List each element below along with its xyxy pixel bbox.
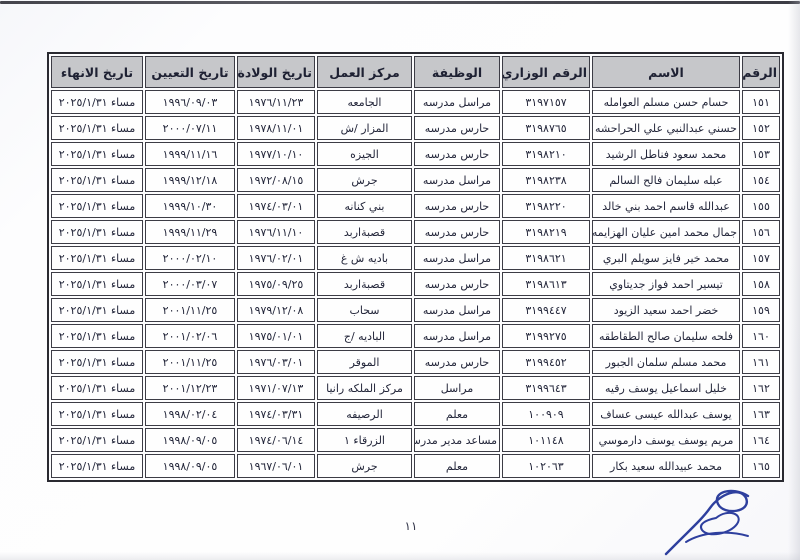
cell-num: ١٦٣ <box>742 402 780 426</box>
cell-job: حارس مدرسه <box>414 142 500 166</box>
cell-birth_date: ١٩٧٦/١١/٢٣ <box>237 90 315 114</box>
cell-job: حارس مدرسه <box>414 116 500 140</box>
cell-birth_date: ١٩٧٦/٠٣/٠١ <box>237 350 315 374</box>
page-number: ١١ <box>399 519 423 533</box>
cell-birth_date: ١٩٧٨/١١/٠١ <box>237 116 315 140</box>
table-row: ١٥٢حسني عبدالنبي علي الحراحشه٣١٩٨٧٦٥حارس… <box>51 116 780 140</box>
table-row: ١٦٢خليل اسماعيل يوسف رقيه٣١٩٩٦٤٣مراسلمرك… <box>51 376 780 400</box>
cell-name: جمال محمد امين عليان الهزايمه <box>592 220 740 244</box>
cell-name: خليل اسماعيل يوسف رقيه <box>592 376 740 400</box>
cell-end_date: مساء ٢٠٢٥/١/٣١ <box>51 220 143 244</box>
cell-job: معلم <box>414 454 500 478</box>
table-row: ١٥٨تيسير احمد فواز جديتاوي٣١٩٨٦١٣حارس مد… <box>51 272 780 296</box>
table-row: ١٦٤مريم يوسف يوسف دارموسي١٠١١٤٨مساعد مدي… <box>51 428 780 452</box>
cell-name: خضر احمد سعيد الزيود <box>592 298 740 322</box>
table-row: ١٥٤عبله سليمان فالح السالم٣١٩٨٢٣٨مراسل م… <box>51 168 780 192</box>
cell-hire_date: ٢٠٠١/٠٢/٠٦ <box>145 324 235 348</box>
cell-ministry_no: ٣١٩٩٢٧٥ <box>502 324 590 348</box>
cell-ministry_no: ٣١٩٨٢٣٨ <box>502 168 590 192</box>
cell-work_center: الزرقاء ١ <box>317 428 412 452</box>
cell-ministry_no: ٣١٩٨٢١٠ <box>502 142 590 166</box>
cell-end_date: مساء ٢٠٢٥/١/٣١ <box>51 454 143 478</box>
cell-work_center: الرصيفه <box>317 402 412 426</box>
cell-ministry_no: ٣١٩٩٦٤٣ <box>502 376 590 400</box>
cell-end_date: مساء ٢٠٢٥/١/٣١ <box>51 376 143 400</box>
cell-num: ١٥٧ <box>742 246 780 270</box>
cell-work_center: سحاب <box>317 298 412 322</box>
cell-birth_date: ١٩٧٢/٠٨/١٥ <box>237 168 315 192</box>
cell-end_date: مساء ٢٠٢٥/١/٣١ <box>51 402 143 426</box>
cell-name: محمد عبيدالله سعيد بكار <box>592 454 740 478</box>
table-row: ١٥٩خضر احمد سعيد الزيود٣١٩٩٤٤٧مراسل مدرس… <box>51 298 780 322</box>
scan-top-edge <box>0 1 800 4</box>
cell-work_center: جرش <box>317 168 412 192</box>
cell-job: مساعد مدير مدرسه <box>414 428 500 452</box>
cell-birth_date: ١٩٧٦/٠٢/٠١ <box>237 246 315 270</box>
cell-hire_date: ١٩٩٩/١٢/١٨ <box>145 168 235 192</box>
table-row: ١٥٦جمال محمد امين عليان الهزايمه٣١٩٨٢١٩ح… <box>51 220 780 244</box>
header-work-center: مركز العمل <box>317 56 412 88</box>
cell-job: حارس مدرسه <box>414 272 500 296</box>
cell-ministry_no: ١٠١١٤٨ <box>502 428 590 452</box>
cell-hire_date: ١٩٩٨/٠٩/٠٥ <box>145 454 235 478</box>
cell-hire_date: ٢٠٠١/١٢/٢٣ <box>145 376 235 400</box>
header-hire-date: تاريخ التعيين <box>145 56 235 88</box>
header-ministry-number: الرقم الوزاري <box>502 56 590 88</box>
cell-name: فلحه سليمان صالح الطقاطقه <box>592 324 740 348</box>
cell-ministry_no: ٣١٩٨٧٦٥ <box>502 116 590 140</box>
cell-ministry_no: ٣١٩٨٢١٩ <box>502 220 590 244</box>
cell-job: مراسل <box>414 376 500 400</box>
cell-hire_date: ١٩٩٩/١١/٢٩ <box>145 220 235 244</box>
cell-work_center: باديه ش غ <box>317 246 412 270</box>
cell-ministry_no: ٣١٩٨٦٢١ <box>502 246 590 270</box>
cell-num: ١٦٢ <box>742 376 780 400</box>
cell-birth_date: ١٩٧٤/٠٣/٠١ <box>237 194 315 218</box>
cell-ministry_no: ٣١٩٩٤٥٢ <box>502 350 590 374</box>
signature-icon <box>658 484 770 556</box>
cell-end_date: مساء ٢٠٢٥/١/٣١ <box>51 194 143 218</box>
table-header-row: الرقم الاسم الرقم الوزاري الوظيفة مركز ا… <box>51 56 780 88</box>
cell-hire_date: ٢٠٠٠/٠٢/١٠ <box>145 246 235 270</box>
scanned-document-page: { "page": { "page_number": "١١", "signat… <box>0 0 800 560</box>
cell-name: مريم يوسف يوسف دارموسي <box>592 428 740 452</box>
cell-job: حارس مدرسه <box>414 220 500 244</box>
cell-end_date: مساء ٢٠٢٥/١/٣١ <box>51 272 143 296</box>
cell-birth_date: ١٩٧٥/٠١/٠١ <box>237 324 315 348</box>
table-row: ١٦٠فلحه سليمان صالح الطقاطقه٣١٩٩٢٧٥مراسل… <box>51 324 780 348</box>
table-row: ١٦١محمد مسلم سلمان الجبور٣١٩٩٤٥٢حارس مدر… <box>51 350 780 374</box>
header-name: الاسم <box>592 56 740 88</box>
cell-num: ١٥٦ <box>742 220 780 244</box>
table-row: ١٦٥محمد عبيدالله سعيد بكار١٠٢٠٦٣معلمجرش١… <box>51 454 780 478</box>
cell-work_center: مركز الملكه رانيا <box>317 376 412 400</box>
cell-name: يوسف عبدالله عيسى عساف <box>592 402 740 426</box>
cell-birth_date: ١٩٧٧/١٠/١٠ <box>237 142 315 166</box>
cell-ministry_no: ١٠٠٩٠٩ <box>502 402 590 426</box>
cell-job: مراسل مدرسه <box>414 168 500 192</box>
cell-work_center: الجيزه <box>317 142 412 166</box>
cell-work_center: الموقر <box>317 350 412 374</box>
cell-birth_date: ١٩٧٤/٠٦/١٤ <box>237 428 315 452</box>
cell-hire_date: ٢٠٠٠/٠٧/١١ <box>145 116 235 140</box>
header-number: الرقم <box>742 56 780 88</box>
header-birth-date: تاريخ الولادة <box>237 56 315 88</box>
cell-hire_date: ١٩٩٩/١٠/٣٠ <box>145 194 235 218</box>
cell-hire_date: ٢٠٠١/١١/٢٥ <box>145 350 235 374</box>
cell-name: محمد مسلم سلمان الجبور <box>592 350 740 374</box>
cell-birth_date: ١٩٧٦/١١/١٠ <box>237 220 315 244</box>
cell-birth_date: ١٩٧١/٠٧/١٣ <box>237 376 315 400</box>
cell-num: ١٦٥ <box>742 454 780 478</box>
cell-hire_date: ١٩٩٩/١١/١٦ <box>145 142 235 166</box>
cell-end_date: مساء ٢٠٢٥/١/٣١ <box>51 90 143 114</box>
cell-work_center: الباديه /ج <box>317 324 412 348</box>
cell-hire_date: ١٩٩٨/٠٩/٠٥ <box>145 428 235 452</box>
cell-num: ١٦٤ <box>742 428 780 452</box>
personnel-table: الرقم الاسم الرقم الوزاري الوظيفة مركز ا… <box>47 52 784 482</box>
cell-job: مراسل مدرسه <box>414 246 500 270</box>
cell-birth_date: ١٩٦٧/٠٦/٠١ <box>237 454 315 478</box>
cell-work_center: الجامعه <box>317 90 412 114</box>
cell-job: حارس مدرسه <box>414 350 500 374</box>
cell-ministry_no: ٣١٩٧١٥٧ <box>502 90 590 114</box>
cell-name: عبله سليمان فالح السالم <box>592 168 740 192</box>
cell-hire_date: ١٩٩٨/٠٢/٠٤ <box>145 402 235 426</box>
cell-end_date: مساء ٢٠٢٥/١/٣١ <box>51 168 143 192</box>
cell-end_date: مساء ٢٠٢٥/١/٣١ <box>51 142 143 166</box>
table-row: ١٦٣يوسف عبدالله عيسى عساف١٠٠٩٠٩معلمالرصي… <box>51 402 780 426</box>
cell-num: ١٥٨ <box>742 272 780 296</box>
table-row: ١٥٥عبدالله قاسم احمد بني خالد٣١٩٨٢٢٠حارس… <box>51 194 780 218</box>
cell-job: مراسل مدرسه <box>414 298 500 322</box>
cell-name: حسام حسن مسلم العوامله <box>592 90 740 114</box>
cell-job: مراسل مدرسه <box>414 324 500 348</box>
cell-num: ١٥٢ <box>742 116 780 140</box>
cell-name: عبدالله قاسم احمد بني خالد <box>592 194 740 218</box>
cell-num: ١٥٩ <box>742 298 780 322</box>
personnel-table-wrap: الرقم الاسم الرقم الوزاري الوظيفة مركز ا… <box>47 52 784 482</box>
cell-num: ١٥٤ <box>742 168 780 192</box>
table-row: ١٥١حسام حسن مسلم العوامله٣١٩٧١٥٧مراسل مد… <box>51 90 780 114</box>
cell-birth_date: ١٩٧٩/١٢/٠٨ <box>237 298 315 322</box>
cell-work_center: بني كنانه <box>317 194 412 218</box>
cell-end_date: مساء ٢٠٢٥/١/٣١ <box>51 428 143 452</box>
cell-hire_date: ٢٠٠١/١١/٢٥ <box>145 298 235 322</box>
cell-ministry_no: ٣١٩٩٤٤٧ <box>502 298 590 322</box>
cell-ministry_no: ٣١٩٨٢٢٠ <box>502 194 590 218</box>
signature-stroke-1 <box>666 491 748 554</box>
cell-work_center: جرش <box>317 454 412 478</box>
header-job: الوظيفة <box>414 56 500 88</box>
cell-num: ١٦١ <box>742 350 780 374</box>
cell-birth_date: ١٩٧٤/٠٣/٣١ <box>237 402 315 426</box>
cell-end_date: مساء ٢٠٢٥/١/٣١ <box>51 116 143 140</box>
cell-end_date: مساء ٢٠٢٥/١/٣١ <box>51 324 143 348</box>
scan-right-edge <box>788 0 800 560</box>
cell-work_center: قصبةاربد <box>317 220 412 244</box>
cell-name: محمد سعود فناطل الرشيد <box>592 142 740 166</box>
signature-stroke-2 <box>701 513 739 534</box>
cell-ministry_no: ١٠٢٠٦٣ <box>502 454 590 478</box>
cell-work_center: قصبةاربد <box>317 272 412 296</box>
cell-job: حارس مدرسه <box>414 194 500 218</box>
table-body: ١٥١حسام حسن مسلم العوامله٣١٩٧١٥٧مراسل مد… <box>51 90 780 478</box>
cell-num: ١٥١ <box>742 90 780 114</box>
cell-num: ١٦٠ <box>742 324 780 348</box>
cell-num: ١٥٥ <box>742 194 780 218</box>
cell-job: مراسل مدرسه <box>414 90 500 114</box>
cell-name: تيسير احمد فواز جديتاوي <box>592 272 740 296</box>
cell-end_date: مساء ٢٠٢٥/١/٣١ <box>51 350 143 374</box>
cell-name: محمد خير فايز سويلم البري <box>592 246 740 270</box>
cell-work_center: المزار /ش <box>317 116 412 140</box>
cell-job: معلم <box>414 402 500 426</box>
cell-num: ١٥٣ <box>742 142 780 166</box>
cell-ministry_no: ٣١٩٨٦١٣ <box>502 272 590 296</box>
cell-end_date: مساء ٢٠٢٥/١/٣١ <box>51 246 143 270</box>
cell-hire_date: ١٩٩٦/٠٩/٠٣ <box>145 90 235 114</box>
table-row: ١٥٧محمد خير فايز سويلم البري٣١٩٨٦٢١مراسل… <box>51 246 780 270</box>
cell-birth_date: ١٩٧٥/٠٩/٢٥ <box>237 272 315 296</box>
cell-name: حسني عبدالنبي علي الحراحشه <box>592 116 740 140</box>
table-row: ١٥٣محمد سعود فناطل الرشيد٣١٩٨٢١٠حارس مدر… <box>51 142 780 166</box>
cell-hire_date: ٢٠٠٠/٠٣/٠٧ <box>145 272 235 296</box>
header-end-date: تاريخ الانهاء <box>51 56 143 88</box>
cell-end_date: مساء ٢٠٢٥/١/٣١ <box>51 298 143 322</box>
